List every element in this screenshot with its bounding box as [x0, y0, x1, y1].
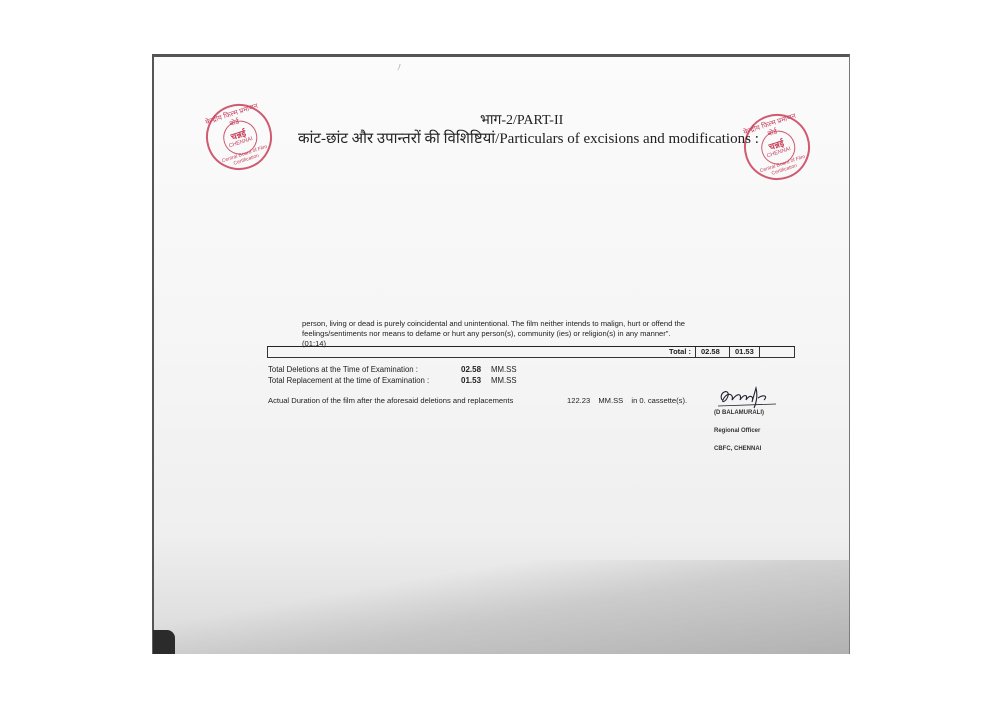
- pencil-mark: ﾉ: [397, 62, 401, 73]
- duration-value-group: 122.23 MM.SS in 0. cassette(s).: [567, 396, 693, 405]
- summary-row-replacements: Total Replacement at the time of Examina…: [268, 375, 517, 386]
- disclaimer-text: person, living or dead is purely coincid…: [302, 319, 712, 349]
- total-empty-cell: [760, 347, 794, 357]
- summary-value: 01.53: [461, 375, 487, 386]
- summary-block: Total Deletions at the Time of Examinati…: [268, 364, 517, 386]
- section-heading: कांट-छांट और उपान्तरों की विशिष्टियां/Pa…: [298, 128, 759, 148]
- total-replacements: 01.53: [730, 347, 760, 357]
- signatory-designation: Regional Officer: [714, 428, 764, 434]
- summary-unit: MM.SS: [487, 375, 517, 386]
- signatory-name: (D BALAMURALI): [714, 410, 764, 416]
- summary-row-deletions: Total Deletions at the Time of Examinati…: [268, 364, 517, 375]
- duration-unit: MM.SS: [598, 396, 623, 405]
- total-row: Total : 02.58 01.53: [267, 346, 795, 358]
- summary-unit: MM.SS: [487, 364, 517, 375]
- total-deletions: 02.58: [696, 347, 730, 357]
- total-label: Total :: [268, 347, 696, 357]
- signatory-office: CBFC, CHENNAI: [714, 446, 764, 452]
- part-heading: भाग-2/PART-II: [480, 110, 563, 129]
- disclaimer-line: feelings/sentiments nor means to defame …: [302, 329, 712, 339]
- signature-icon: [716, 382, 796, 410]
- paper-curl-corner: [153, 630, 175, 654]
- summary-label: Total Deletions at the Time of Examinati…: [268, 364, 461, 375]
- signatory-block: (D BALAMURALI) Regional Officer CBFC, CH…: [714, 410, 764, 464]
- disclaimer-line: person, living or dead is purely coincid…: [302, 319, 712, 329]
- summary-label: Total Replacement at the time of Examina…: [268, 375, 461, 386]
- duration-cassettes: in 0. cassette(s).: [631, 396, 687, 405]
- duration-label: Actual Duration of the film after the af…: [268, 396, 513, 405]
- duration-value: 122.23: [567, 396, 590, 405]
- summary-value: 02.58: [461, 364, 487, 375]
